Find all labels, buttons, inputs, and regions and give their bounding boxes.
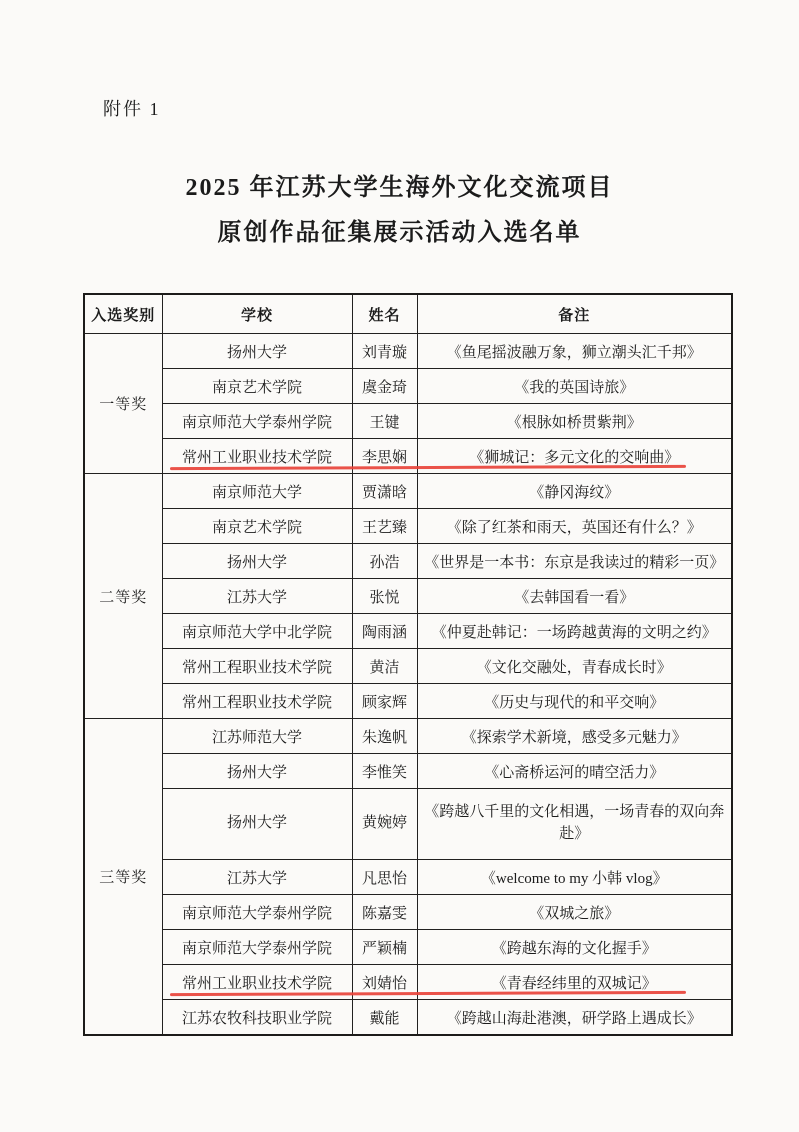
note-cell: 《心斋桥运河的晴空活力》 (417, 754, 732, 789)
table-row: 常州工业职业技术学院李思娴《狮城记：多元文化的交响曲》 (84, 439, 732, 474)
name-cell: 张悦 (352, 579, 417, 614)
table-row: 江苏大学张悦《去韩国看一看》 (84, 579, 732, 614)
category-cell: 一等奖 (84, 334, 162, 474)
school-cell: 南京艺术学院 (162, 509, 352, 544)
table-row: 南京师范大学泰州学院严颖楠《跨越东海的文化握手》 (84, 930, 732, 965)
school-cell: 南京师范大学 (162, 474, 352, 509)
table-row: 二等奖南京师范大学贾潇晗《静冈海纹》 (84, 474, 732, 509)
note-cell: 《跨越八千里的文化相遇，一场青春的双向奔赴》 (417, 789, 732, 860)
note-cell: 《狮城记：多元文化的交响曲》 (417, 439, 732, 474)
school-cell: 江苏师范大学 (162, 719, 352, 754)
note-cell: 《探索学术新境，感受多元魅力》 (417, 719, 732, 754)
school-cell: 南京艺术学院 (162, 369, 352, 404)
school-cell: 常州工程职业技术学院 (162, 649, 352, 684)
school-cell: 江苏大学 (162, 860, 352, 895)
results-table-header: 入选奖别 学校 姓名 备注 (84, 294, 732, 334)
name-cell: 王键 (352, 404, 417, 439)
school-cell: 扬州大学 (162, 544, 352, 579)
doc-title-line-2: 原创作品征集展示活动入选名单 (0, 211, 799, 256)
table-row: 江苏农牧科技职业学院戴能《跨越山海赴港澳，研学路上遇成长》 (84, 1000, 732, 1036)
table-row: 江苏大学凡思怡《welcome to my 小韩 vlog》 (84, 860, 732, 895)
header-category: 入选奖别 (84, 294, 162, 334)
name-cell: 贾潇晗 (352, 474, 417, 509)
table-row: 扬州大学孙浩《世界是一本书：东京是我读过的精彩一页》 (84, 544, 732, 579)
name-cell: 孙浩 (352, 544, 417, 579)
table-row: 扬州大学李惟笑《心斋桥运河的晴空活力》 (84, 754, 732, 789)
doc-title-line-1: 2025 年江苏大学生海外文化交流项目 (0, 166, 799, 211)
note-cell: 《世界是一本书：东京是我读过的精彩一页》 (417, 544, 732, 579)
note-cell: 《历史与现代的和平交响》 (417, 684, 732, 719)
school-cell: 扬州大学 (162, 789, 352, 860)
note-cell: 《青春经纬里的双城记》 (417, 965, 732, 1000)
note-cell: 《我的英国诗旅》 (417, 369, 732, 404)
school-cell: 南京师范大学中北学院 (162, 614, 352, 649)
header-name: 姓名 (352, 294, 417, 334)
school-cell: 扬州大学 (162, 334, 352, 369)
note-cell: 《去韩国看一看》 (417, 579, 732, 614)
name-cell: 黄洁 (352, 649, 417, 684)
name-cell: 严颖楠 (352, 930, 417, 965)
school-cell: 南京师范大学泰州学院 (162, 895, 352, 930)
note-cell: 《双城之旅》 (417, 895, 732, 930)
table-row: 南京师范大学泰州学院陈嘉雯《双城之旅》 (84, 895, 732, 930)
table-row: 常州工程职业技术学院黄洁《文化交融处，青春成长时》 (84, 649, 732, 684)
page: 附件 1 2025 年江苏大学生海外文化交流项目 原创作品征集展示活动入选名单 … (0, 0, 799, 1132)
results-table: 入选奖别 学校 姓名 备注 一等奖扬州大学刘青璇《鱼尾摇波融万象，狮立潮头汇千邦… (83, 293, 733, 1036)
name-cell: 陶雨涵 (352, 614, 417, 649)
table-row: 一等奖扬州大学刘青璇《鱼尾摇波融万象，狮立潮头汇千邦》 (84, 334, 732, 369)
table-row: 南京艺术学院王艺臻《除了红茶和雨天，英国还有什么？》 (84, 509, 732, 544)
name-cell: 顾家辉 (352, 684, 417, 719)
name-cell: 虞金琦 (352, 369, 417, 404)
table-row: 南京师范大学泰州学院王键《根脉如桥贯紫荆》 (84, 404, 732, 439)
name-cell: 李思娴 (352, 439, 417, 474)
note-cell: 《跨越东海的文化握手》 (417, 930, 732, 965)
table-row: 南京师范大学中北学院陶雨涵《仲夏赴韩记：一场跨越黄海的文明之约》 (84, 614, 732, 649)
note-cell: 《跨越山海赴港澳，研学路上遇成长》 (417, 1000, 732, 1036)
note-cell: 《文化交融处，青春成长时》 (417, 649, 732, 684)
note-cell: 《仲夏赴韩记：一场跨越黄海的文明之约》 (417, 614, 732, 649)
header-school: 学校 (162, 294, 352, 334)
note-cell: 《welcome to my 小韩 vlog》 (417, 860, 732, 895)
doc-title: 2025 年江苏大学生海外文化交流项目 原创作品征集展示活动入选名单 (0, 166, 799, 256)
school-cell: 常州工业职业技术学院 (162, 439, 352, 474)
table-row: 南京艺术学院虞金琦《我的英国诗旅》 (84, 369, 732, 404)
name-cell: 刘青璇 (352, 334, 417, 369)
header-note: 备注 (417, 294, 732, 334)
name-cell: 刘婧怡 (352, 965, 417, 1000)
category-cell: 二等奖 (84, 474, 162, 719)
table-row: 三等奖江苏师范大学朱逸帆《探索学术新境，感受多元魅力》 (84, 719, 732, 754)
school-cell: 江苏农牧科技职业学院 (162, 1000, 352, 1036)
school-cell: 常州工程职业技术学院 (162, 684, 352, 719)
table-row: 常州工程职业技术学院顾家辉《历史与现代的和平交响》 (84, 684, 732, 719)
header-row: 入选奖别 学校 姓名 备注 (84, 294, 732, 334)
note-cell: 《除了红茶和雨天，英国还有什么？》 (417, 509, 732, 544)
name-cell: 朱逸帆 (352, 719, 417, 754)
name-cell: 黄婉婷 (352, 789, 417, 860)
name-cell: 凡思怡 (352, 860, 417, 895)
table-row: 常州工业职业技术学院刘婧怡《青春经纬里的双城记》 (84, 965, 732, 1000)
table-row: 扬州大学黄婉婷《跨越八千里的文化相遇，一场青春的双向奔赴》 (84, 789, 732, 860)
note-cell: 《鱼尾摇波融万象，狮立潮头汇千邦》 (417, 334, 732, 369)
school-cell: 南京师范大学泰州学院 (162, 404, 352, 439)
category-cell: 三等奖 (84, 719, 162, 1036)
name-cell: 王艺臻 (352, 509, 417, 544)
school-cell: 江苏大学 (162, 579, 352, 614)
note-cell: 《根脉如桥贯紫荆》 (417, 404, 732, 439)
name-cell: 陈嘉雯 (352, 895, 417, 930)
school-cell: 南京师范大学泰州学院 (162, 930, 352, 965)
school-cell: 扬州大学 (162, 754, 352, 789)
name-cell: 戴能 (352, 1000, 417, 1036)
results-table-body: 一等奖扬州大学刘青璇《鱼尾摇波融万象，狮立潮头汇千邦》南京艺术学院虞金琦《我的英… (84, 334, 732, 1036)
name-cell: 李惟笑 (352, 754, 417, 789)
note-cell: 《静冈海纹》 (417, 474, 732, 509)
school-cell: 常州工业职业技术学院 (162, 965, 352, 1000)
attachment-label: 附件 1 (103, 95, 161, 121)
